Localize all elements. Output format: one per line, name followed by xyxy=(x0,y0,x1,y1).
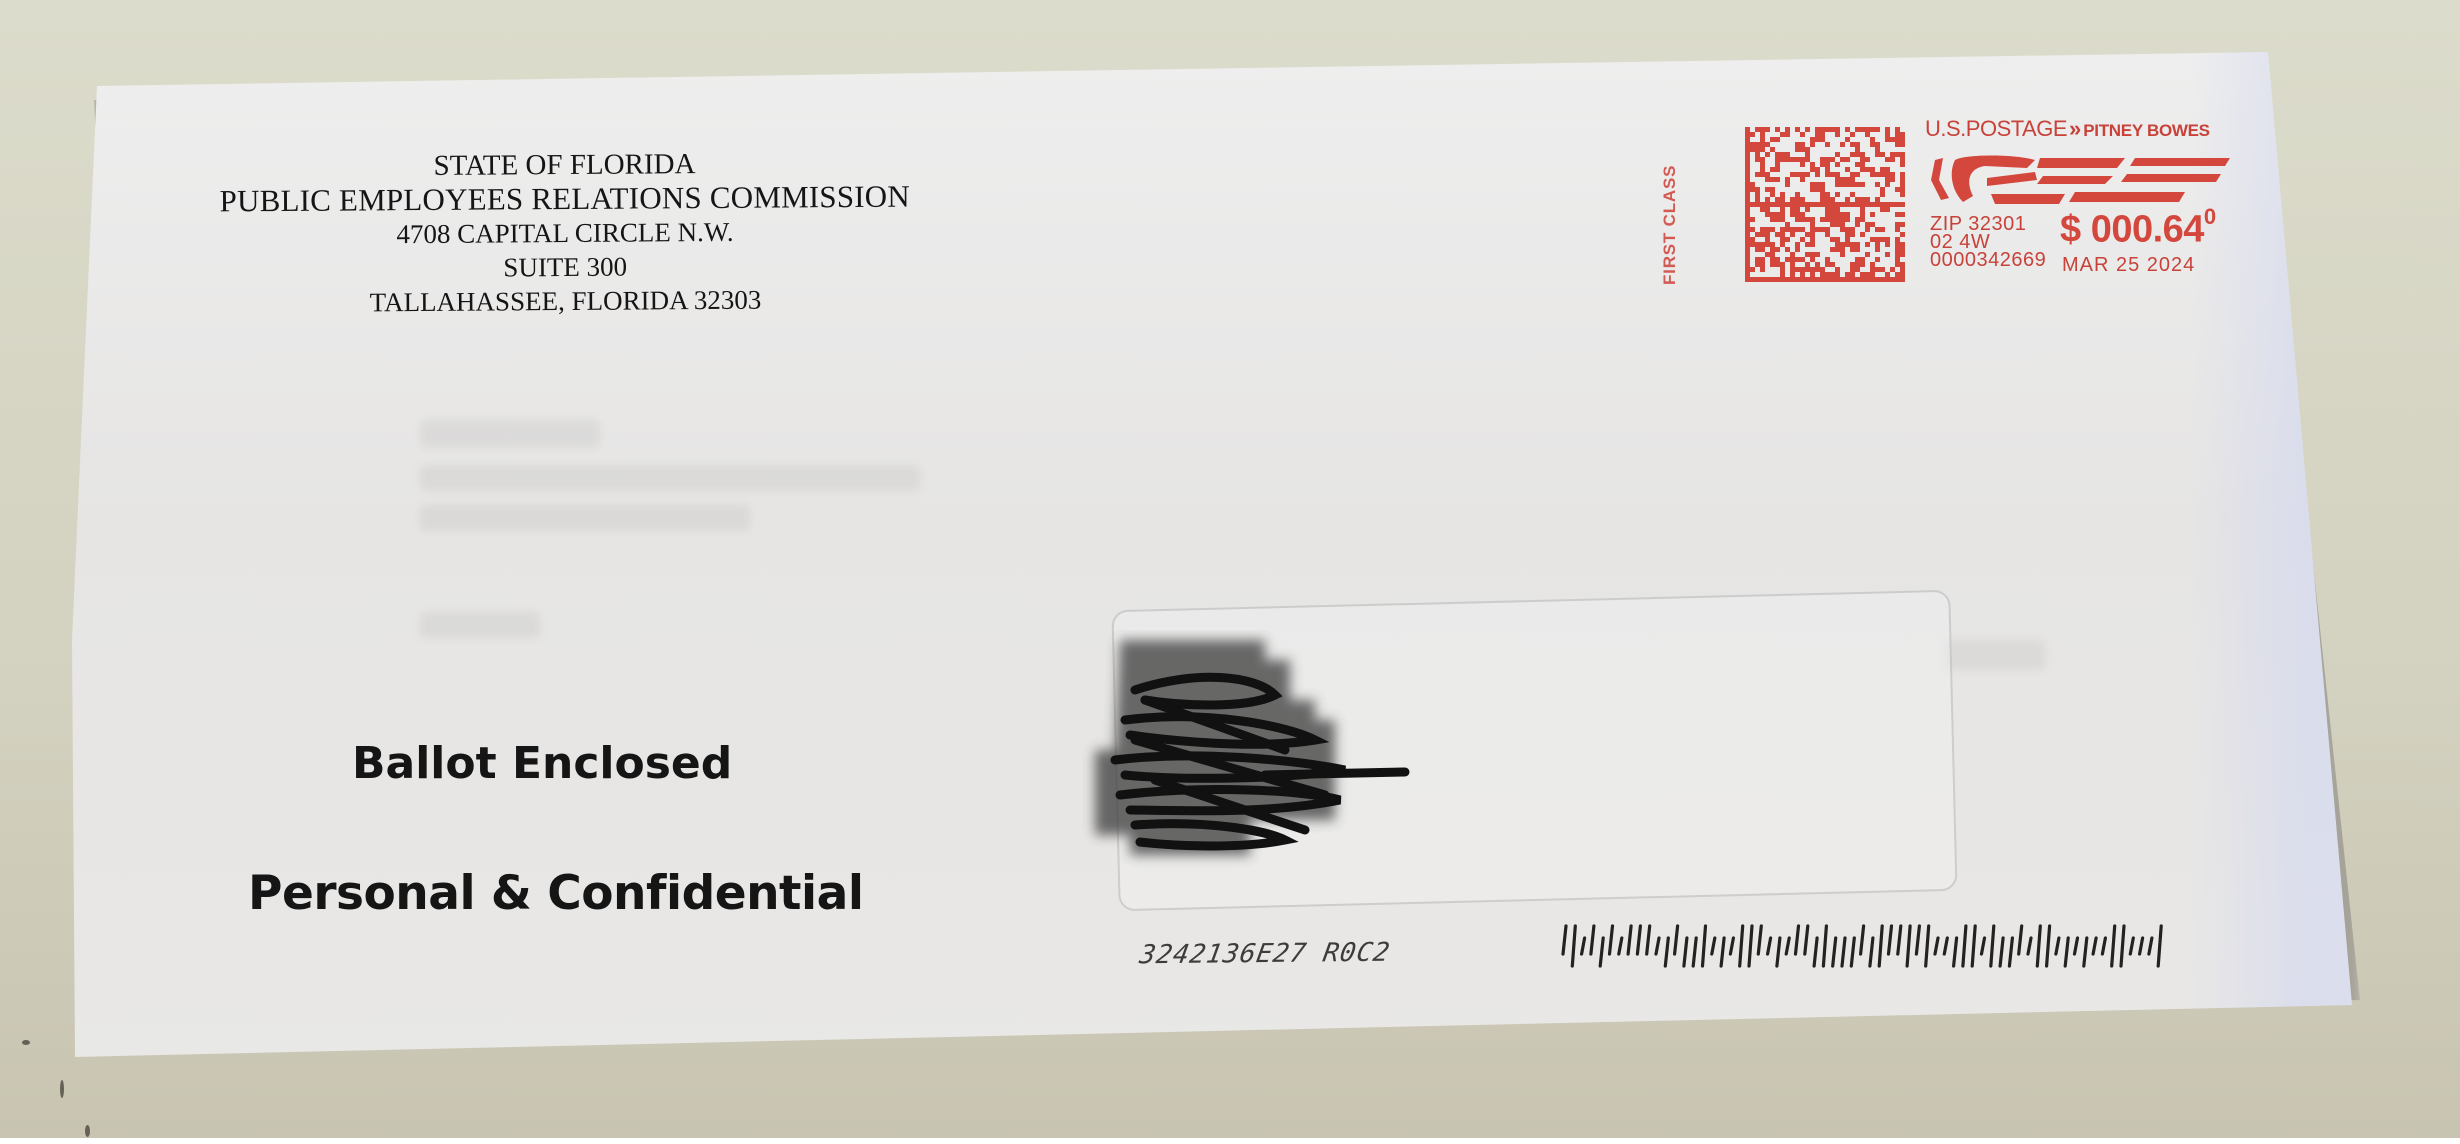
meter-number: 0000342669 xyxy=(1930,249,2046,271)
postage-amount: $ 000.640 xyxy=(2060,208,2216,252)
return-address-street: 4708 CAPITAL CIRCLE N.W. xyxy=(185,213,945,252)
showthrough-text xyxy=(420,420,600,448)
double-chevron-icon: » xyxy=(2069,116,2081,141)
confidential-notice: Personal & Confidential xyxy=(248,866,863,921)
intelligent-mail-barcode-icon xyxy=(1555,920,2175,972)
return-address-suite: SUITE 300 xyxy=(185,247,945,286)
redaction-scribble-icon xyxy=(1075,630,1475,870)
surface-speck xyxy=(85,1125,90,1137)
image-border xyxy=(0,1138,2460,1144)
postage-amount-superscript: 0 xyxy=(2204,204,2216,229)
datamatrix-barcode-icon xyxy=(1745,127,1905,282)
us-postage-label: U.S.POSTAGE xyxy=(1925,116,2067,141)
postage-header: U.S.POSTAGE»PITNEY BOWES xyxy=(1925,116,2210,142)
meter-info: ZIP 32301 02 4W 0000342669 xyxy=(1930,215,2046,269)
first-class-label: FIRST CLASS xyxy=(1660,165,1680,285)
pitney-bowes-label: PITNEY BOWES xyxy=(2083,121,2209,140)
return-address-city: TALLAHASSEE, FLORIDA 32303 xyxy=(185,281,945,320)
showthrough-text xyxy=(1945,640,2045,670)
return-address-organization: PUBLIC EMPLOYEES RELATIONS COMMISSION xyxy=(185,179,945,218)
return-address: STATE OF FLORIDA PUBLIC EMPLOYEES RELATI… xyxy=(184,145,945,320)
surface-speck xyxy=(22,1040,30,1045)
showthrough-text xyxy=(420,505,750,531)
tracking-code: 3242136E27 R0C2 xyxy=(1137,938,1392,971)
surface-speck xyxy=(60,1080,64,1098)
showthrough-text xyxy=(420,612,540,638)
ballot-enclosed-notice: Ballot Enclosed xyxy=(352,738,732,789)
postage-date: MAR 25 2024 xyxy=(2062,254,2195,277)
showthrough-text xyxy=(420,465,920,491)
eagle-logo-icon xyxy=(1925,150,2235,210)
